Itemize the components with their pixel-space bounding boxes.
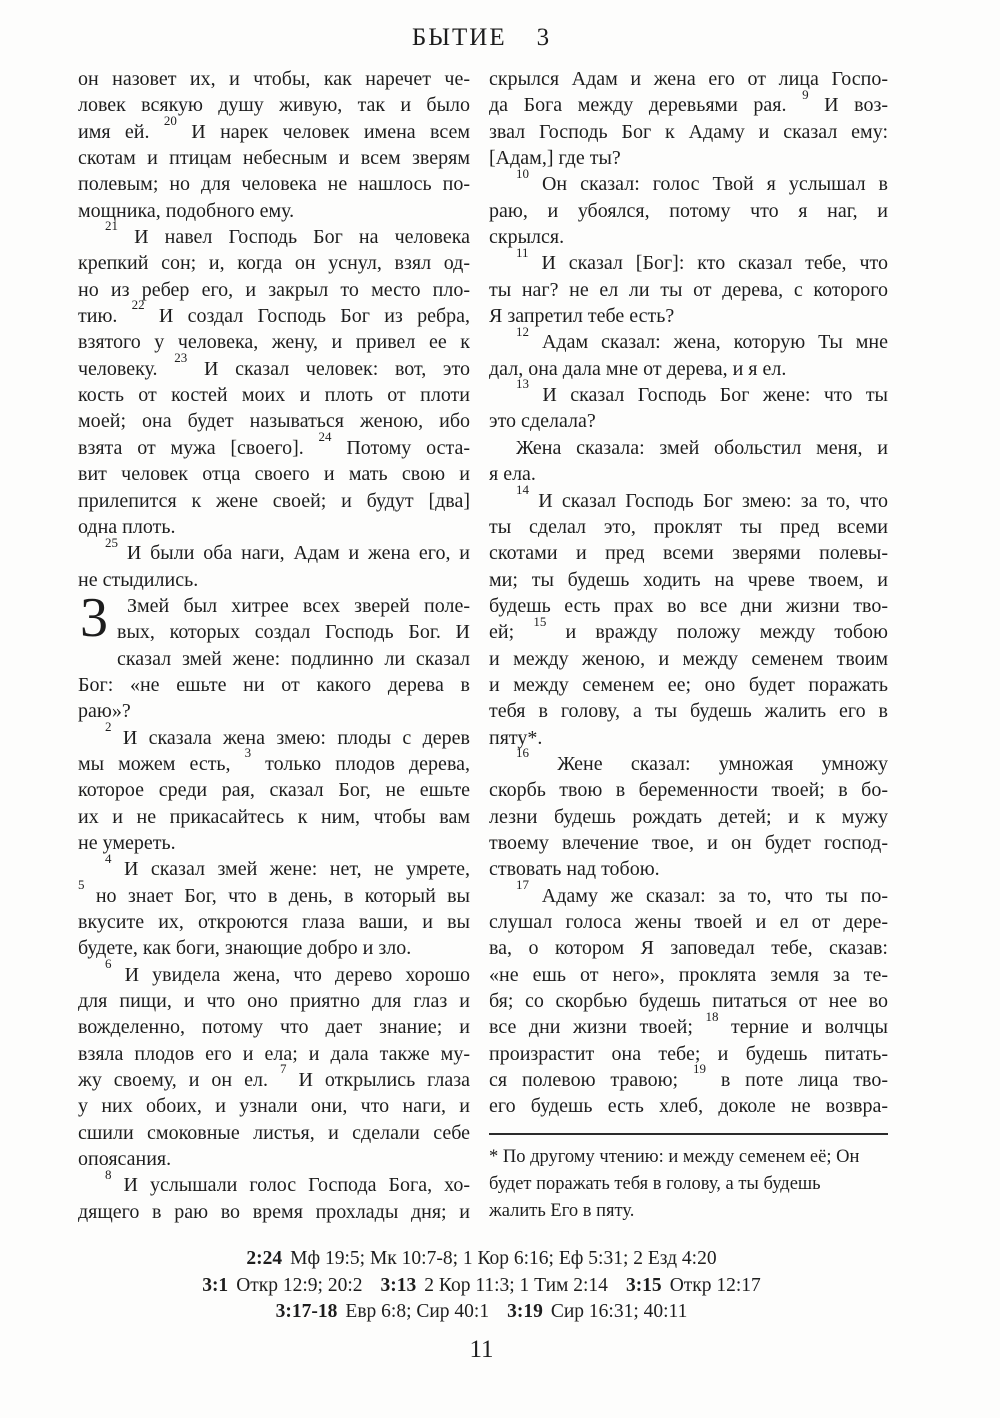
text-line: ся полевою травою; 19 в поте лица тво- (489, 1067, 888, 1093)
reference-verse-key: 3:19 (507, 1301, 543, 1322)
footnote-rule (489, 1133, 888, 1135)
page-number: 11 (75, 1336, 888, 1364)
reference-targets: Сир 16:31; 40:11 (551, 1301, 687, 1322)
text-line: ты наг? не ел ли ты от дерева, с которог… (489, 277, 888, 303)
text-line: одна плоть. (78, 514, 470, 540)
reference-targets: Откр 12:17 (670, 1275, 761, 1296)
text-line: вит человек отца своего и мать свою и (78, 461, 470, 487)
verse-number: 6 (105, 956, 112, 971)
verse-number: 15 (533, 614, 546, 629)
reference-targets: Откр 12:9; 20:2 (236, 1275, 362, 1296)
text-line: лезни будешь рождать детей; и к мужу (489, 804, 888, 830)
reference-line: 2:24Мф 19:5; Мк 10:7-8; 1 Кор 6:16; Еф 5… (75, 1246, 888, 1273)
text-line: вкусите их, откроются глаза ваши, и вы (78, 909, 470, 935)
text-line: кость от костей моих и плоть от плоти (78, 382, 470, 408)
text-line: ты сделал это, проклят ты пред всеми (489, 514, 888, 540)
reference-targets: 2 Кор 11:3; 1 Тим 2:14 (424, 1275, 608, 1296)
reference-verse-key: 3:17-18 (276, 1301, 338, 1322)
text-line: бя; со скорбью будешь питаться от нее во (489, 988, 888, 1014)
text-line: тебя в голову, а ты будешь жалить его в (489, 698, 888, 724)
verse-number: 22 (132, 297, 145, 312)
text-line: 25 И были оба наги, Адам и жена его, и (78, 540, 470, 566)
text-line: ми; ты будешь ходить на чреве твоем, и (489, 567, 888, 593)
paragraph: 14 И сказал Господь Бог змею: за то, что… (489, 488, 888, 751)
paragraph: 25 И были оба наги, Адам и жена его, ине… (78, 540, 470, 593)
text-line: не умереть. (78, 830, 470, 856)
text-line: Жена сказала: змей обольстил меня, и (489, 435, 888, 461)
chapter-dropcap: 3 (78, 593, 117, 646)
paragraph: 8 И услышали голос Господа Бога, хо-дяще… (78, 1172, 470, 1225)
verse-number: 20 (164, 113, 177, 128)
text-line: 2 И сказала жена змею: плоды с дерев (78, 725, 470, 751)
text-line: полевым; но для человека не нашлось по- (78, 171, 470, 197)
verse-number: 17 (516, 877, 529, 892)
verse-number: 25 (105, 535, 118, 550)
paragraph: 12 Адам сказал: жена, которую Ты мнедал,… (489, 329, 888, 382)
verse-number: 2 (105, 719, 112, 734)
verse-number: 12 (516, 324, 529, 339)
text-line: моей; она будет называться женою, ибо (78, 408, 470, 434)
reference-verse-key: 2:24 (246, 1248, 282, 1269)
verse-number: 7 (280, 1061, 287, 1076)
text-line: 13 И сказал Господь Бог жене: что ты (489, 382, 888, 408)
text-line: 6 И увидела жена, что дерево хорошо (78, 962, 470, 988)
paragraph: 21 И навел Господь Бог на человекакрепки… (78, 224, 470, 540)
text-line: мы можем есть, 3 только плодов дерева, (78, 751, 470, 777)
paragraph: 3Змей был хитрее всех зверей поле-вых, к… (78, 593, 470, 725)
text-line: которое среди рая, сказал Бог, не ешьте (78, 777, 470, 803)
text-line: произрастит она тебе; и будешь питать- (489, 1041, 888, 1067)
text-line: имя ей. 20 И нарек человек имена всем (78, 119, 470, 145)
verse-number: 21 (105, 218, 118, 233)
text-line: для пищи, и что оно приятно для глаз и (78, 988, 470, 1014)
verse-number: 8 (105, 1167, 112, 1182)
paragraph: 16 Жене сказал: умножая умножускорбь тво… (489, 751, 888, 883)
reference-line: 3:1Откр 12:9; 20:23:132 Кор 11:3; 1 Тим … (75, 1273, 888, 1300)
footnote-line: жалить Его в пяту. (489, 1198, 888, 1225)
text-line: 10 Он сказал: голос Твой я услышал в (489, 171, 888, 197)
text-line: 8 И услышали голос Господа Бога, хо- (78, 1172, 470, 1198)
verse-number: 3 (245, 745, 252, 760)
book-title: БЫТИЕ (412, 24, 507, 52)
text-line: вожделенно, потому что дает знание; и (78, 1014, 470, 1040)
reference-verse-key: 3:15 (626, 1275, 662, 1296)
text-line: человеку. 23 И сказал человек: вот, это (78, 356, 470, 382)
running-head: БЫТИЕ 3 (75, 24, 888, 52)
footnote-line: * По другому чтению: и между семенем её;… (489, 1144, 888, 1171)
cross-references: 2:24Мф 19:5; Мк 10:7-8; 1 Кор 6:16; Еф 5… (75, 1246, 888, 1326)
left-column: он назовет их, и чтобы, как наречет че-л… (78, 66, 470, 1225)
chapter-number-heading: 3 (537, 24, 552, 52)
paragraph: Жена сказала: змей обольстил меня, ия ел… (489, 435, 888, 488)
text-line: все дни жизни твоей; 18 терние и волчцы (489, 1014, 888, 1040)
paragraph: 4 И сказал змей жене: нет, не умрете,5 н… (78, 856, 470, 961)
verse-number: 16 (516, 745, 529, 760)
verse-number: 11 (516, 245, 529, 260)
text-line: скотам и птицам небесным и всем зверям (78, 145, 470, 171)
text-line: ей; 15 и вражду положу между тобою (489, 619, 888, 645)
text-line: Змей был хитрее всех зверей поле- (78, 593, 470, 619)
text-line: «не ешь от него», проклята земля за те- (489, 962, 888, 988)
text-line: сказал змей жене: подлинно ли сказал (78, 646, 470, 672)
reference-verse-key: 3:13 (381, 1275, 417, 1296)
text-line: пяту*. (489, 725, 888, 751)
text-line: крепкий сон; и, когда он уснул, взял од- (78, 250, 470, 276)
verse-number: 5 (78, 877, 85, 892)
text-line: взяла плодов его и ела; и дала также му- (78, 1041, 470, 1067)
text-line: и между семенем ее; оно будет поражать (489, 672, 888, 698)
text-line: я ела. (489, 461, 888, 487)
reference-targets: Мф 19:5; Мк 10:7-8; 1 Кор 6:16; Еф 5:31;… (290, 1248, 716, 1269)
reference-verse-key: 3:1 (202, 1275, 228, 1296)
text-line: мощника, подобного ему. (78, 198, 470, 224)
text-line: будешь есть прах во все дни жизни тво- (489, 593, 888, 619)
text-line: 14 И сказал Господь Бог змею: за то, что (489, 488, 888, 514)
paragraph: 10 Он сказал: голос Твой я услышал враю,… (489, 171, 888, 250)
text-line: ствовать над тобою. (489, 856, 888, 882)
paragraph: скрылся Адам и жена его от лица Госпо-да… (489, 66, 888, 171)
text-line: 5 но знает Бог, что в день, в который вы (78, 883, 470, 909)
text-line: скотами и пред всеми зверями полевы- (489, 540, 888, 566)
text-line: 4 И сказал змей жене: нет, не умрете, (78, 856, 470, 882)
text-line: он назовет их, и чтобы, как наречет че- (78, 66, 470, 92)
text-line: 11 И сказал [Бог]: кто сказал тебе, что (489, 250, 888, 276)
text-line: 16 Жене сказал: умножая умножу (489, 751, 888, 777)
text-line: 17 Адаму же сказал: за то, что ты по- (489, 883, 888, 909)
paragraph: 11 И сказал [Бог]: кто сказал тебе, чтот… (489, 250, 888, 329)
text-line: [Адам,] где ты? (489, 145, 888, 171)
text-line: будете, как боги, знающие добро и зло. (78, 935, 470, 961)
text-line: его будешь есть хлеб, доколе не возвра- (489, 1093, 888, 1119)
paragraph: 17 Адаму же сказал: за то, что ты по-слу… (489, 883, 888, 1120)
text-line: не стыдились. (78, 567, 470, 593)
reference-targets: Евр 6:8; Сир 40:1 (345, 1301, 489, 1322)
paragraph: он назовет их, и чтобы, как наречет че-л… (78, 66, 470, 224)
text-line: дал, она дала мне от дерева, и я ел. (489, 356, 888, 382)
text-line: взятого у человека, жену, и привел ее к (78, 329, 470, 355)
verse-number: 4 (105, 851, 112, 866)
text-line: тию. 22 И создал Господь Бог из ребра, (78, 303, 470, 329)
text-line: раю»? (78, 698, 470, 724)
text-line: их и не прикасайтесь к ним, чтобы вам (78, 804, 470, 830)
text-line: раю, и убоялся, потому что я наг, и (489, 198, 888, 224)
scanned-page: БЫТИЕ 3 он назовет их, и чтобы, как наре… (0, 0, 1000, 1418)
text-line: скрылся Адам и жена его от лица Госпо- (489, 66, 888, 92)
text-line: сшили смоковные листья, и сделали себе (78, 1120, 470, 1146)
text-line: и между женою, и между семенем твоим (489, 646, 888, 672)
text-line: 21 И навел Господь Бог на человека (78, 224, 470, 250)
text-line: опоясания. (78, 1146, 470, 1172)
text-line: Бог: «не ешьте ни от какого дерева в (78, 672, 470, 698)
verse-number: 10 (516, 166, 529, 181)
text-line: жу своему, и он ел. 7 И открылись глаза (78, 1067, 470, 1093)
text-line: слушал голоса жены твоей и ел от дере- (489, 909, 888, 935)
text-line: звал Господь Бог к Адаму и сказал ему: (489, 119, 888, 145)
paragraph: 2 И сказала жена змею: плоды с деревмы м… (78, 725, 470, 857)
text-line: твоему влечение твое, и он будет господ- (489, 830, 888, 856)
text-line: у них обоих, и узнали они, что наги, и (78, 1093, 470, 1119)
reference-line: 3:17-18Евр 6:8; Сир 40:13:19Сир 16:31; 4… (75, 1299, 888, 1326)
paragraph: 13 И сказал Господь Бог жене: что тыэто … (489, 382, 888, 435)
text-line: дящего в раю во время прохлады дня; и (78, 1199, 470, 1225)
text-line: ва, о котором Я заповедал тебе, сказав: (489, 935, 888, 961)
text-line: 12 Адам сказал: жена, которую Ты мне (489, 329, 888, 355)
text-line: это сделала? (489, 408, 888, 434)
verse-number: 14 (516, 482, 529, 497)
verse-number: 18 (705, 1009, 718, 1024)
text-line: скрылся. (489, 224, 888, 250)
text-line: ловек всякую душу живую, так и было (78, 92, 470, 118)
verse-number: 13 (516, 376, 529, 391)
right-column: скрылся Адам и жена его от лица Госпо-да… (489, 66, 888, 1225)
verse-number: 9 (802, 87, 809, 102)
text-line: взята от мужа [своего]. 24 Потому оста- (78, 435, 470, 461)
text-line: вых, которых создал Господь Бог. И (78, 619, 470, 645)
footnote-line: будет поражать тебя в голову, а ты будеш… (489, 1171, 888, 1198)
verse-number: 19 (693, 1061, 706, 1076)
verse-number: 24 (319, 429, 332, 444)
text-line: да Бога между деревьями рая. 9 И воз- (489, 92, 888, 118)
paragraph: 6 И увидела жена, что дерево хорошодля п… (78, 962, 470, 1173)
verse-number: 23 (174, 350, 187, 365)
text-line: прилепится к жене своей; и будут [два] (78, 488, 470, 514)
text-line: скорбь твою в беременности твоей; в бо- (489, 777, 888, 803)
text-line: Я запретил тебе есть? (489, 303, 888, 329)
